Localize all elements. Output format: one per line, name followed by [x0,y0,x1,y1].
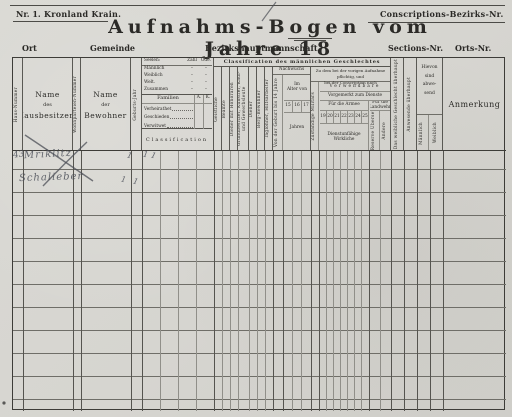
body-cell [417,399,431,411]
class-col-beamte: Beamte [222,67,230,151]
abwesend-t4: send [417,90,442,99]
field-orts-nr: Orts-Nr. [455,43,491,53]
body-cell [443,215,506,238]
body-cell [430,330,444,353]
header-bewohner: Name der Bewohner [81,58,131,151]
body-cell [178,238,197,261]
class-col-diener-honoraren: Diener mit Honoraren [230,67,238,151]
table-row [13,399,506,411]
bestand-col-oede: Öde. [200,58,212,65]
body-cell [404,399,418,411]
body-cell [142,192,161,215]
andere-col-label: Andere [383,122,388,140]
header-anwesend: Anwesende überhaupt [404,58,417,151]
body-cell [142,353,161,376]
body-cell [142,376,161,399]
dotted-leader [172,106,193,111]
class-col-label: Berg-Bewohner [258,90,263,128]
body-cell [23,215,74,238]
nachwuchs-jahren: Jahren [290,125,304,130]
familien-cell-a [194,104,203,112]
geburtsjahr-label: Geburts-Jahr [134,89,139,121]
body-cell [23,238,74,261]
class-col-grundbesitzer: Grundbesitzer, Künstler, Kauf- und Gewer… [238,67,249,151]
body-cell [391,376,405,399]
body-cell [160,376,179,399]
body-grid [13,151,506,411]
bestand-dash: – [200,66,212,73]
body-cell [430,169,444,192]
class-col-geistliche: Geistliche [214,67,222,151]
hausbesitzer-l1: Name [23,90,73,99]
familien-cell-k [203,112,212,120]
bestand-dash: – [200,87,212,94]
class-col-label: Beamte [223,100,228,118]
hausnummer-label: Haus-Nummer [15,87,20,122]
conscription-armee: Für die Armee [328,103,360,108]
armee-age: 23 [348,111,355,123]
body-cell [81,192,132,215]
title-underline-1 [288,38,332,39]
abwesend-t2: sind [417,73,442,82]
familien-cell-a [194,112,203,120]
body-cell [160,151,179,169]
bewohner-l3: Bewohner [84,111,127,120]
table-row [13,307,506,331]
body-cell [196,399,215,411]
bewohner-l1: Name [84,90,127,99]
body-cell [391,353,405,376]
field-sections-nr: Sections-Nr. [388,43,443,53]
body-cell [391,215,405,238]
body-cell [196,284,215,307]
body-cell [160,284,179,307]
abwesend-t3: abwe- [417,81,442,90]
body-cell [160,307,179,330]
body-cell [23,261,74,284]
nachwuchs-age: 15 [284,101,293,112]
body-cell [178,330,197,353]
familien-row: Geschieden [142,115,169,120]
header-anmerkung: Anmerkung [443,58,506,151]
dotted-leader [167,123,193,128]
body-cell [404,192,418,215]
header-wohnpartei: Wohnparteien-Nummer [73,58,81,151]
nachwuchs-age: 17 [302,101,310,112]
body-cell [404,261,418,284]
body-cell [443,192,506,215]
body-cell [160,238,179,261]
header-hausbesitzer: Name des Hausbesitzers [23,58,73,151]
title-underline-2 [294,40,326,41]
body-cell [404,284,418,307]
table-row [13,169,506,193]
body-cell [23,284,74,307]
body-cell [430,238,444,261]
bestand-row: Zusammen [142,87,184,94]
nachwuchs-box: Nachwuchs Von der Geburt bis 14 Jahre Im… [273,67,311,151]
body-cell [142,307,161,330]
body-cell [443,169,506,192]
body-cell [417,238,431,261]
body-cell [160,169,179,192]
classification-title: Classification des männlichen Geschlecht… [224,59,381,65]
nachwuchs-age: 16 [293,101,302,112]
body-cell [417,261,431,284]
conscription-dienstunfaehig: Dienstunfähige Wirkliche [322,133,366,143]
body-cell [404,238,418,261]
conscription-vorgemerkt: Vorgemerkt zum Dienste [328,94,382,99]
body-cell [430,261,444,284]
table-row [13,376,506,400]
body-cell [391,330,405,353]
table-row [13,284,506,308]
hausbesitzer-l3: Hausbesitzers [23,111,73,120]
body-cell [443,399,506,411]
body-cell [391,399,405,411]
body-cell [81,238,132,261]
body-cell [81,261,132,284]
body-cell [160,353,179,376]
armee-age: 19 [320,111,327,123]
body-cell [196,238,215,261]
body-cell [430,307,444,330]
classification-small-label: Classification [146,137,208,143]
class-col-label: Grundbesitzer, Künstler, Kauf- und Gewer… [238,68,248,150]
landwehr-l2: Landwehr [370,106,390,111]
armee-age: 24 [355,111,362,123]
body-cell [178,376,197,399]
body-cell [23,353,74,376]
nachwuchs-alter-l2: Alter von [287,88,307,93]
body-cell [404,353,418,376]
conscription-verwendbare: Verwendbare [330,84,381,89]
body-cell [196,330,215,353]
body-cell [196,215,215,238]
familien-cell-k [203,120,212,129]
abwesend-t1: Hievon [417,64,442,73]
bestand-row: Weiblich [142,73,184,80]
table-row [13,151,506,170]
body-cell [81,284,132,307]
body-cell [443,284,506,307]
body-cell [443,353,506,376]
familien-col-k: K. [203,95,212,103]
table-row [13,261,506,285]
body-cell [391,307,405,330]
body-cell [391,261,405,284]
bestand-dash: – [184,73,200,80]
body-cell [23,192,74,215]
reserve-col-label: Zur Reserve Übersetzte [372,111,377,151]
body-cell [178,353,197,376]
body-cell [404,169,418,192]
body-cell [142,169,161,192]
body-cell [196,307,215,330]
scanned-form-sheet: Nr. 1. Kronland Krain. Conscriptions-Bez… [0,0,512,417]
conscription-box: Zu dem bei der vorigen Aufnahme pflichti… [311,67,391,151]
class-col-label: Diener mit Honoraren [231,82,236,136]
body-cell [142,330,161,353]
body-cell [81,307,132,330]
handwritten-owner-name-2: Schalieber [19,171,84,184]
body-cell [443,330,506,353]
body-cell [81,151,132,169]
class-col-label: Geistliche [215,97,220,122]
nachwuchs-title: Nachwuchs [279,68,304,73]
body-cell [196,353,215,376]
field-ort: Ort [22,43,37,53]
bestand-box: Seelen: Zahl Öde. Männlich–– Weiblich–– … [142,58,214,151]
census-table: Haus-Nummer Name des Hausbesitzers Wohnp… [12,57,505,410]
header-geburtsjahr: Geburts-Jahr [131,58,142,151]
body-cell [443,307,506,330]
body-cell [81,215,132,238]
bestand-dash: – [184,80,200,87]
familien-cell-a [194,120,203,129]
body-cell [81,353,132,376]
body-cell [443,151,506,169]
body-cell [404,307,418,330]
abwesend-box: Hievon sind abwe- send Männlich Weiblich [417,58,443,151]
table-row [13,215,506,239]
body-cell [160,330,179,353]
body-cell [391,151,405,169]
body-cell [430,215,444,238]
body-cell [404,151,418,169]
body-cell [81,399,132,411]
field-bezirkshauptmannschaft: Bezirkshauptmannschaft [205,43,318,53]
classification-band: Classification des männlichen Geschlecht… [214,58,391,67]
body-cell [178,261,197,284]
body-cell [23,330,74,353]
bewohner-l2: der [84,102,127,108]
bestand-dash: – [184,87,200,94]
body-cell [142,399,161,411]
body-cell [391,238,405,261]
familien-title: Familien [142,95,194,103]
body-cell [142,215,161,238]
body-cell [142,284,161,307]
body-cell [178,169,197,192]
body-cell [196,169,215,192]
top-edge-rule [10,5,505,6]
body-cell [430,151,444,169]
body-cell [178,399,197,411]
body-cell [178,307,197,330]
body-cell [23,376,74,399]
weiblich-label: Das weibliche Geschlecht überhaupt [395,59,400,149]
page-title: Aufnahms-Bogen vom Jahre 18 [70,16,470,60]
familien-row: Verheirathet [142,107,171,112]
class-col-diener: Diener [249,67,257,151]
dotted-leader [170,114,193,119]
wohnpartei-label: Wohnparteien-Nummer [74,76,79,133]
nachwuchs-birth-label: Von der Geburt bis 14 Jahre [275,78,280,147]
body-cell [404,376,418,399]
table-row [13,238,506,262]
anwesend-label: Anwesende überhaupt [408,77,413,132]
body-cell [417,284,431,307]
abwesend-weiblich: Weiblich [434,122,439,143]
bestand-dash: – [184,66,200,73]
bestand-col-zahl: Zahl [184,58,200,65]
body-cell [417,151,431,169]
body-cell [196,151,215,169]
bestand-dash: – [200,80,212,87]
body-cell [142,238,161,261]
body-cell [23,399,74,411]
body-cell [178,192,197,215]
body-cell [404,330,418,353]
body-cell [430,353,444,376]
body-cell [178,284,197,307]
body-cell [404,215,418,238]
header-weiblich: Das weibliche Geschlecht überhaupt [391,58,404,151]
familien-cell-k [203,104,212,112]
body-cell [160,215,179,238]
body-cell [81,330,132,353]
body-cell [417,307,431,330]
table-row [13,330,506,354]
familien-col-a: A. [194,95,203,103]
body-cell [391,192,405,215]
header-hausnummer: Haus-Nummer [13,58,23,151]
body-cell [196,192,215,215]
body-cell [391,284,405,307]
body-cell [417,169,431,192]
body-cell [178,215,197,238]
bestand-row: Welt. [142,80,184,87]
body-cell [160,261,179,284]
body-cell [430,192,444,215]
body-cell [178,151,197,169]
bestand-row: Männlich [142,66,184,73]
armee-age: 20 [327,111,334,123]
body-cell [196,261,215,284]
body-cell [443,238,506,261]
body-cell [417,353,431,376]
body-cell [417,192,431,215]
body-cell [142,261,161,284]
conscription-line1: Zu dem bei der vorigen Aufnahme pflichti… [311,68,390,80]
body-cell [443,376,506,399]
abwesend-maennlich: Männlich [420,122,425,145]
body-cell [196,376,215,399]
class-col-label: Taglöhner, Hilfsarbeiter [266,79,271,138]
bestand-dash: – [200,73,212,80]
armee-age: 22 [341,111,348,123]
body-cell [23,307,74,330]
body-cell [443,261,506,284]
body-cell [160,192,179,215]
armee-age: 21 [334,111,341,123]
class-col-label: Diener [250,101,255,118]
armee-age: 25 [362,111,368,123]
body-cell [417,330,431,353]
body-cell [160,399,179,411]
hausbesitzer-l2: des [23,102,73,108]
body-cell [430,399,444,411]
body-cell [430,284,444,307]
class-col-tagloehner: Taglöhner, Hilfsarbeiter [265,67,273,151]
body-cell [81,376,132,399]
anmerkung-label: Anmerkung [449,100,501,109]
class-col-bergbewohner: Berg-Bewohner [257,67,265,151]
body-cell [430,376,444,399]
table-row [13,353,506,377]
body-cell [391,169,405,192]
table-row [13,192,506,216]
bestand-title: Seelen: [142,58,184,65]
body-cell [417,215,431,238]
form-number: Nr. 1. [16,9,41,19]
body-cell [417,376,431,399]
field-gemeinde: Gemeinde [90,43,135,53]
conscription-militaer-label: Zuständige Militärs [312,92,317,141]
